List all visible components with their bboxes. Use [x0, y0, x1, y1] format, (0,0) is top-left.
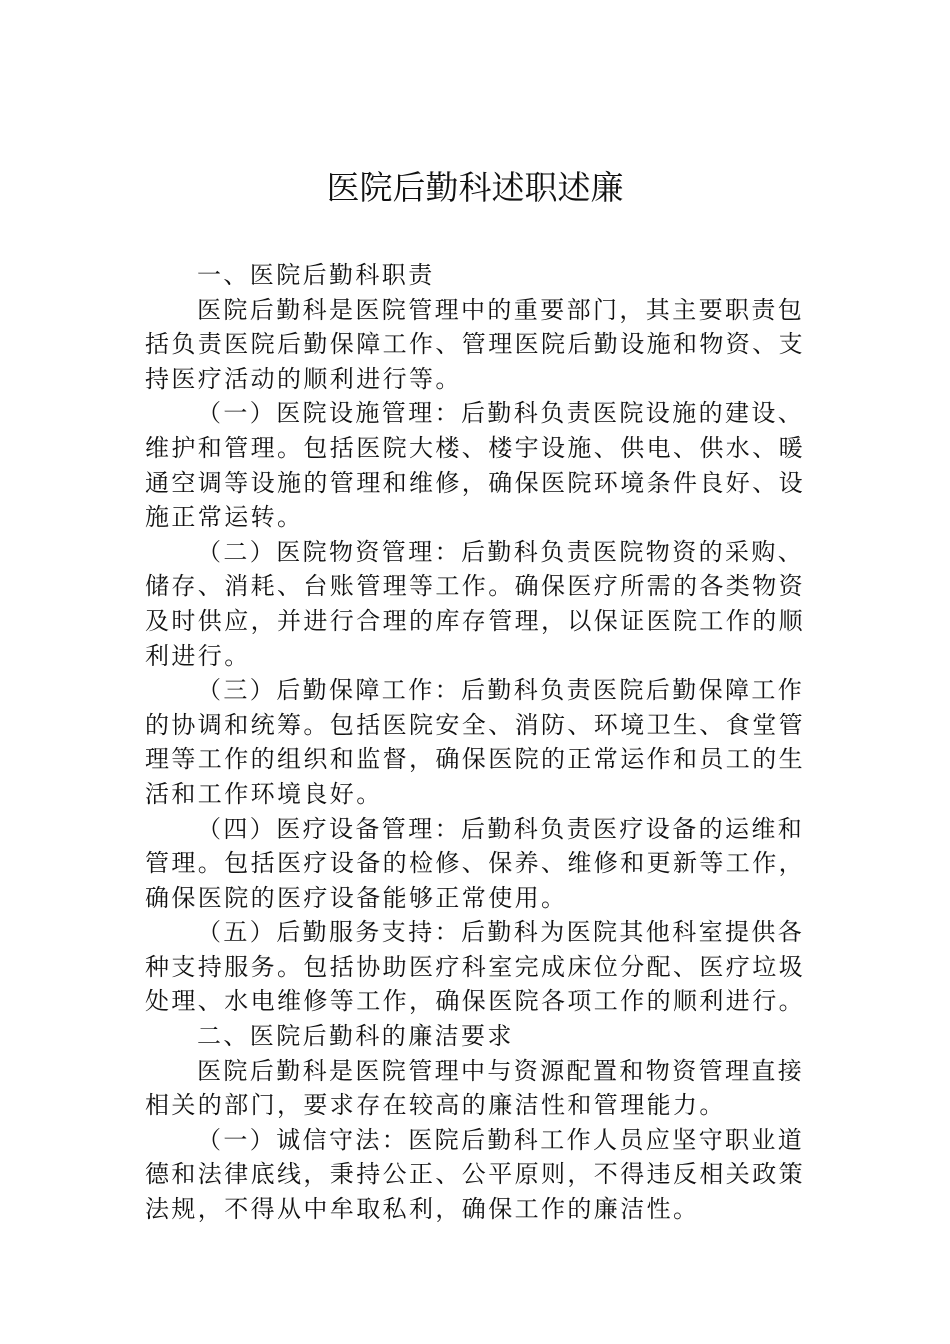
paragraph-line: 处理、水电维修等工作，确保医院各项工作的顺利进行。: [145, 984, 810, 1019]
section-heading-duties: 一、医院后勤科职责: [145, 258, 810, 293]
section-heading-integrity: 二、医院后勤科的廉洁要求: [145, 1019, 810, 1054]
paragraph-line: 利进行。: [145, 639, 810, 674]
paragraph-line: 通空调等设施的管理和维修，确保医院环境条件良好、设: [145, 466, 810, 501]
paragraph-line: 法规，不得从中牟取私利，确保工作的廉洁性。: [145, 1192, 810, 1227]
paragraph-line: 及时供应，并进行合理的库存管理，以保证医院工作的顺: [145, 604, 810, 639]
paragraph-line: 医院后勤科是医院管理中的重要部门，其主要职责包: [145, 293, 810, 328]
paragraph-line: （二）医院物资管理：后勤科负责医院物资的采购、: [145, 535, 810, 570]
paragraph-line: 德和法律底线，秉持公正、公平原则，不得违反相关政策: [145, 1157, 810, 1192]
paragraph-line: 括负责医院后勤保障工作、管理医院后勤设施和物资、支: [145, 327, 810, 362]
document-body: 一、医院后勤科职责 医院后勤科是医院管理中的重要部门，其主要职责包 括负责医院后…: [145, 258, 810, 1227]
paragraph-line: （一）诚信守法：医院后勤科工作人员应坚守职业道: [145, 1123, 810, 1158]
paragraph-line: 持医疗活动的顺利进行等。: [145, 362, 810, 397]
paragraph-line: 活和工作环境良好。: [145, 777, 810, 812]
paragraph-line: （五）后勤服务支持：后勤科为医院其他科室提供各: [145, 915, 810, 950]
document-page: 医院后勤科述职述廉 一、医院后勤科职责 医院后勤科是医院管理中的重要部门，其主要…: [0, 0, 950, 1344]
paragraph-line: 种支持服务。包括协助医疗科室完成床位分配、医疗垃圾: [145, 950, 810, 985]
paragraph-line: 施正常运转。: [145, 500, 810, 535]
document-title: 医院后勤科述职述廉: [0, 166, 950, 210]
paragraph-line: （一）医院设施管理：后勤科负责医院设施的建设、: [145, 396, 810, 431]
paragraph-line: 确保医院的医疗设备能够正常使用。: [145, 881, 810, 916]
paragraph-line: （四）医疗设备管理：后勤科负责医疗设备的运维和: [145, 812, 810, 847]
paragraph-line: 理等工作的组织和监督，确保医院的正常运作和员工的生: [145, 742, 810, 777]
paragraph-line: 医院后勤科是医院管理中与资源配置和物资管理直接: [145, 1054, 810, 1089]
paragraph-line: 管理。包括医疗设备的检修、保养、维修和更新等工作，: [145, 846, 810, 881]
paragraph-line: 储存、消耗、台账管理等工作。确保医疗所需的各类物资: [145, 569, 810, 604]
paragraph-line: （三）后勤保障工作：后勤科负责医院后勤保障工作: [145, 673, 810, 708]
paragraph-line: 维护和管理。包括医院大楼、楼宇设施、供电、供水、暖: [145, 431, 810, 466]
paragraph-line: 相关的部门，要求存在较高的廉洁性和管理能力。: [145, 1088, 810, 1123]
paragraph-line: 的协调和统筹。包括医院安全、消防、环境卫生、食堂管: [145, 708, 810, 743]
